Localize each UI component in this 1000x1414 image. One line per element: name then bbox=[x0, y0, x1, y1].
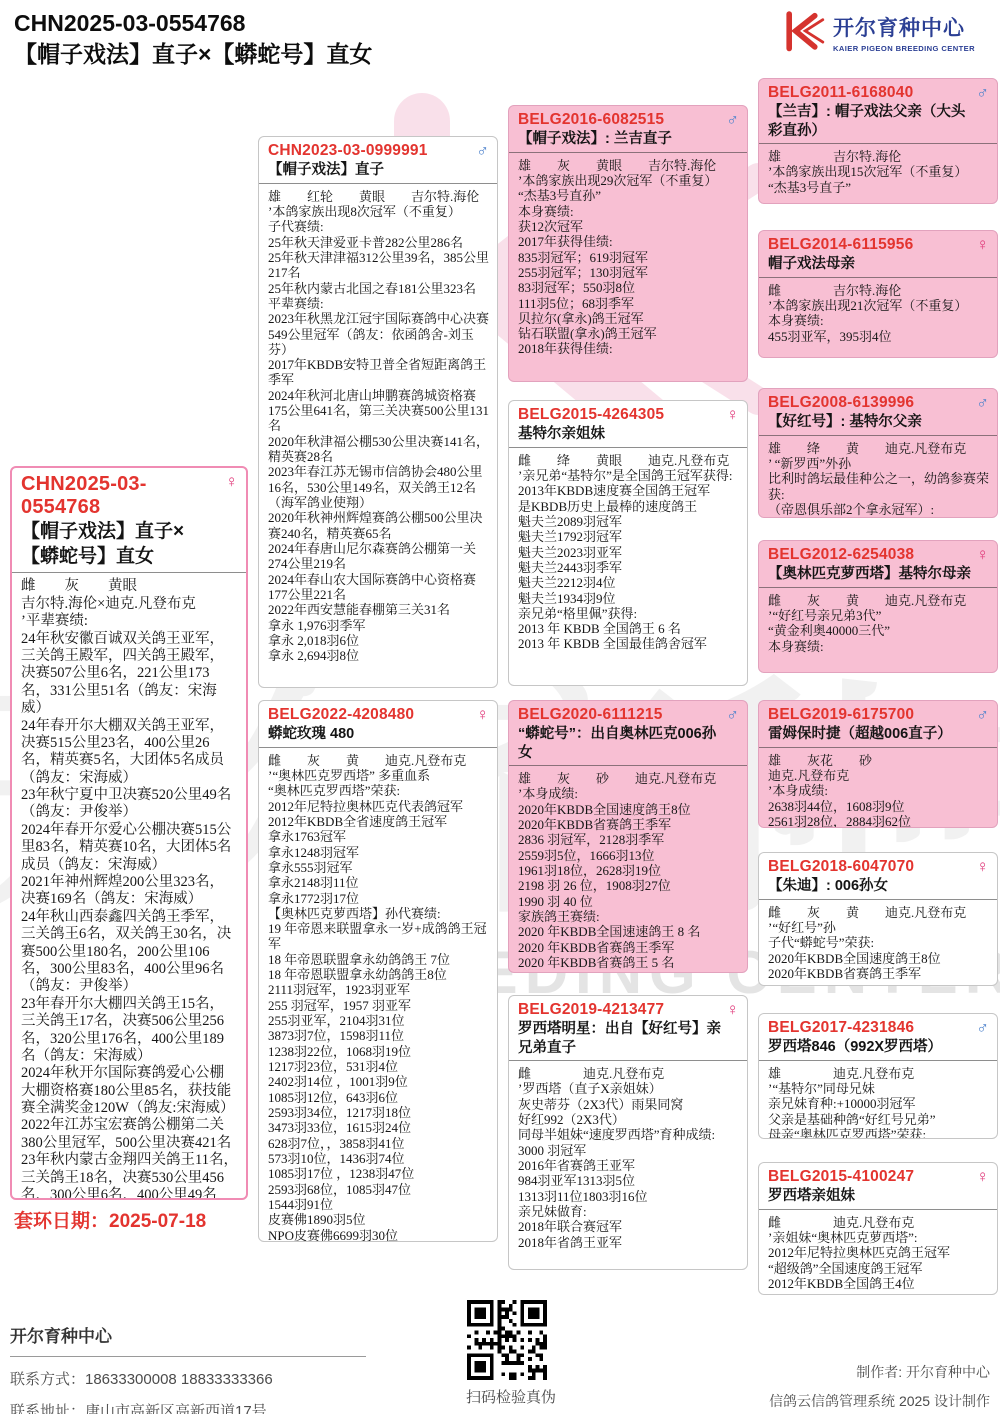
pedigree-box-father: CHN2023-03-0999991 ♂ 【帽子戏法】直子 雄 红轮 黄眼 吉尔… bbox=[258, 136, 498, 688]
ring-number: BELG2015-4100247 bbox=[768, 1168, 914, 1185]
female-icon: ♀ bbox=[976, 858, 989, 875]
pigeon-name: 帽子戏法母亲 bbox=[768, 255, 973, 274]
pedigree-box-ggp-6: BELG2018-6047070 ♀ 【朱迪】: 006孙女 雌 灰 黄 迪克.… bbox=[758, 852, 998, 986]
ring-number: BELG2018-6047070 bbox=[768, 858, 914, 875]
brand-name-cn: 开尔育种中心 bbox=[833, 17, 975, 40]
pigeon-name: 罗西塔846（992X罗西塔） bbox=[768, 1038, 973, 1057]
pigeon-name: 【朱迪】: 006孙女 bbox=[768, 877, 973, 896]
pedigree-page: 开尔育种中心 BREEDING CENTER CHN2025-03-055476… bbox=[0, 0, 1000, 1414]
pedigree-box-ggp-7: BELG2017-4231846 ♂ 罗西塔846（992X罗西塔） 雄 迪克.… bbox=[758, 1013, 998, 1139]
box-header: CHN2025-03-0554768 ♀ 【帽子戏法】直子×【蟒蛇号】直女 bbox=[12, 468, 246, 573]
page-title: 【帽子戏法】直子×【蟒蛇号】直女 bbox=[14, 39, 372, 70]
pigeon-details: 雌 灰 黄 迪克.凡登布克 ’“好红号”孙 子代“蟒蛇号”荣获: 2020年KB… bbox=[759, 900, 997, 986]
female-icon: ♀ bbox=[476, 706, 489, 723]
pigeon-details: 雌 迪克.凡登布克 ’罗西塔（直子X亲姐妹） 灰史蒂芬（2X3代）雨果同窝 好红… bbox=[509, 1061, 747, 1254]
pigeon-name: 【帽子戏法】直子×【蟒蛇号】直女 bbox=[21, 520, 222, 569]
ring-date: 套环日期：2025-07-18 bbox=[14, 1206, 206, 1233]
female-icon: ♀ bbox=[976, 236, 989, 253]
pigeon-name: 【帽子戏法】: 兰吉直子 bbox=[518, 130, 723, 149]
footer-phone: 联系方式：18633300008 18833333366 bbox=[10, 1368, 366, 1389]
pedigree-box-grandmother-paternal: BELG2015-4264305 ♀ 基特尔亲姐妹 雌 绛 黄眼 迪克.凡登布克… bbox=[508, 400, 748, 686]
male-icon: ♂ bbox=[976, 84, 989, 101]
pigeon-details: 雌 灰 黄眼 吉尔特.海伦×迪克.凡登布克 ’平辈赛绩: 24年秋安徽百诚双关鸽… bbox=[12, 573, 246, 1200]
female-icon: ♀ bbox=[976, 1168, 989, 1185]
page-ring-number: CHN2025-03-0554768 bbox=[14, 8, 372, 39]
box-header: BELG2015-4264305 ♀ 基特尔亲姐妹 bbox=[509, 401, 747, 448]
pigeon-name: 基特尔亲姐妹 bbox=[518, 425, 723, 444]
ring-date-label: 套环日期： bbox=[14, 1211, 109, 1232]
pigeon-details: 雄 绛 黄 迪克.凡登布克 ’ “新罗西”外孙 比利时鸽坛最佳种公之一，幼鸽参赛… bbox=[759, 436, 997, 518]
pedigree-box-grandmother-maternal: BELG2019-4213477 ♀ 罗西塔明星：出自【好红号】亲兄弟直子 雌 … bbox=[508, 995, 748, 1270]
pigeon-name: 雷姆保时捷（超越006直子） bbox=[768, 725, 973, 744]
brand-name-en: KAIER PIGEON BREEDING CENTER bbox=[833, 44, 975, 53]
pigeon-details: 雄 红轮 黄眼 吉尔特.海伦 ’本鸽家族出现8次冠军（不重复） 子代赛绩: 25… bbox=[259, 184, 497, 668]
pedigree-box-mother: BELG2022-4208480 ♀ 蟒蛇玫瑰 480 雌 灰 黄 迪克.凡登布… bbox=[258, 700, 498, 1242]
ring-number: BELG2012-6254038 bbox=[768, 546, 914, 563]
footer-contact: 开尔育种中心 联系方式：18633300008 18833333366 联系地址… bbox=[10, 1322, 366, 1414]
pigeon-name: 【奥林匹克萝西塔】基特尔母亲 bbox=[768, 565, 973, 584]
ring-number: BELG2008-6139996 bbox=[768, 394, 914, 411]
box-header: BELG2018-6047070 ♀ 【朱迪】: 006孙女 bbox=[759, 853, 997, 900]
female-icon: ♀ bbox=[726, 1001, 739, 1018]
box-header: BELG2008-6139996 ♂ 【好红号】: 基特尔父亲 bbox=[759, 389, 997, 436]
pigeon-details: 雄 迪克.凡登布克 ’“基特尔”同母兄妹 亲兄妹育种:+10000羽冠军 父亲是… bbox=[759, 1061, 997, 1139]
kaier-logo-icon bbox=[778, 10, 826, 60]
ring-number: BELG2015-4264305 bbox=[518, 406, 664, 423]
pigeon-name: 罗西塔亲姐妹 bbox=[768, 1187, 973, 1206]
box-header: BELG2019-4213477 ♀ 罗西塔明星：出自【好红号】亲兄弟直子 bbox=[509, 996, 747, 1061]
box-header: CHN2023-03-0999991 ♂ 【帽子戏法】直子 bbox=[259, 137, 497, 184]
ring-number: BELG2017-4231846 bbox=[768, 1019, 914, 1036]
ring-number: BELG2019-6175700 bbox=[768, 706, 914, 723]
box-header: BELG2012-6254038 ♀ 【奥林匹克萝西塔】基特尔母亲 bbox=[759, 541, 997, 588]
male-icon: ♂ bbox=[976, 394, 989, 411]
ring-number: BELG2011-6168040 bbox=[768, 84, 913, 101]
male-icon: ♂ bbox=[976, 706, 989, 723]
ring-number: CHN2025-03-0554768 bbox=[21, 473, 147, 518]
pigeon-name: 蟒蛇玫瑰 480 bbox=[268, 725, 473, 744]
ring-date-value: 2025-07-18 bbox=[109, 1211, 206, 1232]
pigeon-details: 雄 吉尔特.海伦 ’本鸽家族出现15次冠军（不重复） “杰基3号直子” bbox=[759, 144, 997, 199]
pigeon-details: 雄 灰 黄眼 吉尔特.海伦 ’本鸽家族出现29次冠军（不重复） “杰基3号直孙”… bbox=[509, 153, 747, 361]
box-header: BELG2017-4231846 ♂ 罗西塔846（992X罗西塔） bbox=[759, 1014, 997, 1061]
footer-address: 联系地址：唐山市高新区高新西道17号 bbox=[10, 1400, 366, 1414]
pedigree-box-ggp-4: BELG2012-6254038 ♀ 【奥林匹克萝西塔】基特尔母亲 雌 灰 黄 … bbox=[758, 540, 998, 673]
pigeon-details: 雌 绛 黄眼 迪克.凡登布克 ’亲兄弟“基特尔”是全国鸽王冠军获得: 2013年… bbox=[509, 448, 747, 656]
pedigree-box-ggp-5: BELG2019-6175700 ♂ 雷姆保时捷（超越006直子） 雄 灰花 砂… bbox=[758, 700, 998, 828]
pigeon-name: 罗西塔明星：出自【好红号】亲兄弟直子 bbox=[518, 1020, 723, 1057]
box-header: BELG2020-6111215 ♂ “蟒蛇号”：出自奥林匹克006孙女 bbox=[509, 701, 747, 766]
pigeon-name: 【帽子戏法】直子 bbox=[268, 161, 473, 180]
box-header: BELG2022-4208480 ♀ 蟒蛇玫瑰 480 bbox=[259, 701, 497, 748]
ring-number: BELG2019-4213477 bbox=[518, 1001, 664, 1018]
female-icon: ♀ bbox=[225, 473, 238, 490]
footer-credits: 制作者: 开尔育种中心 信鸽云信鸽管理系统 2025 设计制作 bbox=[769, 1358, 990, 1414]
pigeon-details: 雌 吉尔特.海伦 ’本鸽家族出现21次冠军（不重复） 本身赛绩: 455羽亚军，… bbox=[759, 278, 997, 348]
qr-label: 扫码检验真伪 bbox=[466, 1386, 548, 1407]
pedigree-box-subject: CHN2025-03-0554768 ♀ 【帽子戏法】直子×【蟒蛇号】直女 雌 … bbox=[10, 466, 248, 1200]
pedigree-box-ggp-2: BELG2014-6115956 ♀ 帽子戏法母亲 雌 吉尔特.海伦 ’本鸽家族… bbox=[758, 230, 998, 358]
female-icon: ♀ bbox=[726, 406, 739, 423]
pedigree-box-ggp-3: BELG2008-6139996 ♂ 【好红号】: 基特尔父亲 雄 绛 黄 迪克… bbox=[758, 388, 998, 518]
pigeon-details: 雄 灰 砂 迪克.凡登布克 ’本身成绩: 2020年KBDB全国速度鸽王8位 2… bbox=[509, 766, 747, 973]
ring-number: BELG2014-6115956 bbox=[768, 236, 913, 253]
ring-number: BELG2022-4208480 bbox=[268, 706, 414, 723]
ring-number: BELG2016-6082515 bbox=[518, 111, 664, 128]
ring-number: BELG2020-6111215 bbox=[518, 706, 663, 723]
qr-block: 扫码检验真伪 bbox=[466, 1300, 548, 1407]
footer-system: 信鸽云信鸽管理系统 2025 设计制作 bbox=[769, 1387, 990, 1414]
pigeon-name: 【兰吉】: 帽子戏法父亲（大头彩直孙） bbox=[768, 103, 973, 140]
pigeon-name: “蟒蛇号”：出自奥林匹克006孙女 bbox=[518, 725, 723, 762]
pigeon-details: 雄 灰花 砂 迪克.凡登布克 ’本身成绩: 2638羽44位，1608羽9位 2… bbox=[759, 748, 997, 828]
box-header: BELG2014-6115956 ♀ 帽子戏法母亲 bbox=[759, 231, 997, 278]
pedigree-box-grandfather-paternal: BELG2016-6082515 ♂ 【帽子戏法】: 兰吉直子 雄 灰 黄眼 吉… bbox=[508, 105, 748, 382]
pigeon-details: 雌 灰 黄 迪克.凡登布克 ’“好红号亲兄弟3代” “黄金利奥40000三代” … bbox=[759, 588, 997, 658]
ring-number: CHN2023-03-0999991 bbox=[268, 142, 428, 159]
male-icon: ♂ bbox=[976, 1019, 989, 1036]
box-header: BELG2015-4100247 ♀ 罗西塔亲姐妹 bbox=[759, 1163, 997, 1210]
pedigree-box-ggp-8: BELG2015-4100247 ♀ 罗西塔亲姐妹 雌 迪克.凡登布克 ’亲姐妹… bbox=[758, 1162, 998, 1295]
page-header: CHN2025-03-0554768 【帽子戏法】直子×【蟒蛇号】直女 bbox=[14, 8, 372, 70]
box-header: BELG2016-6082515 ♂ 【帽子戏法】: 兰吉直子 bbox=[509, 106, 747, 153]
brand-logo: 开尔育种中心 KAIER PIGEON BREEDING CENTER bbox=[778, 10, 975, 60]
pigeon-details: 雌 迪克.凡登布克 ’亲姐妹“奥林匹克萝西塔”: 2012年尼特拉奥林匹克鸽王冠… bbox=[759, 1210, 997, 1295]
male-icon: ♂ bbox=[726, 706, 739, 723]
male-icon: ♂ bbox=[726, 111, 739, 128]
footer-company-name: 开尔育种中心 bbox=[10, 1322, 366, 1357]
footer-maker: 制作者: 开尔育种中心 bbox=[769, 1358, 990, 1387]
brand-text: 开尔育种中心 KAIER PIGEON BREEDING CENTER bbox=[833, 17, 975, 52]
pigeon-name: 【好红号】: 基特尔父亲 bbox=[768, 413, 973, 432]
pedigree-box-ggp-1: BELG2011-6168040 ♂ 【兰吉】: 帽子戏法父亲（大头彩直孙） 雄… bbox=[758, 78, 998, 204]
box-header: BELG2019-6175700 ♂ 雷姆保时捷（超越006直子） bbox=[759, 701, 997, 748]
qr-code bbox=[467, 1300, 547, 1380]
pedigree-box-grandfather-maternal: BELG2020-6111215 ♂ “蟒蛇号”：出自奥林匹克006孙女 雄 灰… bbox=[508, 700, 748, 973]
box-header: BELG2011-6168040 ♂ 【兰吉】: 帽子戏法父亲（大头彩直孙） bbox=[759, 79, 997, 144]
male-icon: ♂ bbox=[476, 142, 489, 159]
female-icon: ♀ bbox=[976, 546, 989, 563]
pigeon-details: 雌 灰 黄 迪克.凡登布克 ’“奥林匹克罗西塔” 多重血系 “奥林匹克罗西塔”荣… bbox=[259, 748, 497, 1242]
